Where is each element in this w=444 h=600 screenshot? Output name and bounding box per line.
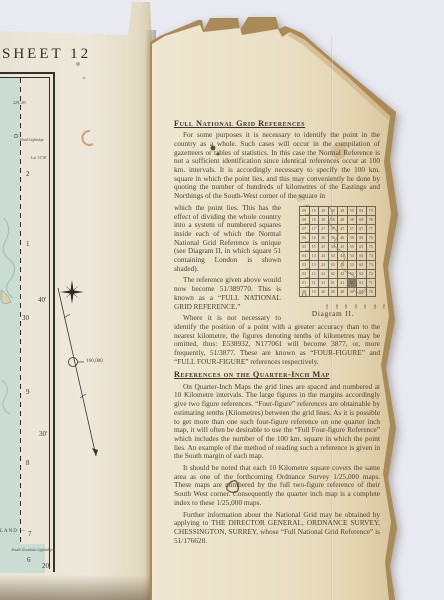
diagram-bottom-axis-label: 400 [352, 304, 361, 309]
diagram-left-axis-label: 400 [305, 258, 310, 262]
diagram-left-axis-label: 300 [305, 267, 310, 271]
diagram-left-axis-label: 900 [305, 213, 310, 217]
paragraph: It should be noted that each 10 Kilometr… [174, 464, 380, 508]
diagram-left-axis: 1000900800700600500400300200100 [299, 206, 311, 296]
diagram-left-axis-label: 800 [305, 222, 310, 226]
paragraph: Where it is not necessary to identify th… [174, 314, 380, 366]
photo-of-map-sheet: SHEET 12 [0, 0, 444, 600]
diagram-bottom-axis-label: 100 [323, 304, 332, 309]
paragraph: Further information about the National G… [174, 511, 380, 546]
paragraph: On Quarter-Inch Maps the grid lines are … [174, 383, 380, 461]
diagram-bottom-axis-label: 500 [361, 304, 370, 309]
diagram-ii: 0919293949596979081828384858687807172737… [286, 206, 380, 319]
grid-notes-text: Full National Grid References For some p… [174, 120, 380, 548]
section-heading-full-grid: Full National Grid References [174, 120, 380, 129]
diagram-left-axis-label: 500 [305, 249, 310, 253]
diagram-origin-label: O [302, 292, 307, 301]
paragraph: For some purposes it is necessary to ide… [174, 131, 380, 201]
section-heading-quarter-inch: References on the Quarter-Inch Map [174, 371, 380, 380]
diagram-bottom-axis-label: 600 [371, 304, 380, 309]
diagram-left-axis-label: 600 [305, 240, 310, 244]
diagram-bottom-axis-label: 700 [380, 304, 389, 309]
diagram-caption: Diagram II. [286, 310, 380, 319]
diagram-left-axis-label: 1000 [303, 204, 310, 208]
diagram-left-axis-label: 700 [305, 231, 310, 235]
diagram-left-axis-label: 100 [305, 285, 310, 289]
diagram-bottom-axis: 100200300400500600700 [312, 297, 388, 310]
diagram-left-axis-label: 200 [305, 276, 310, 280]
diagram-bottom-axis-label: 300 [342, 304, 351, 309]
diagram-bottom-axis-label: 200 [333, 304, 342, 309]
